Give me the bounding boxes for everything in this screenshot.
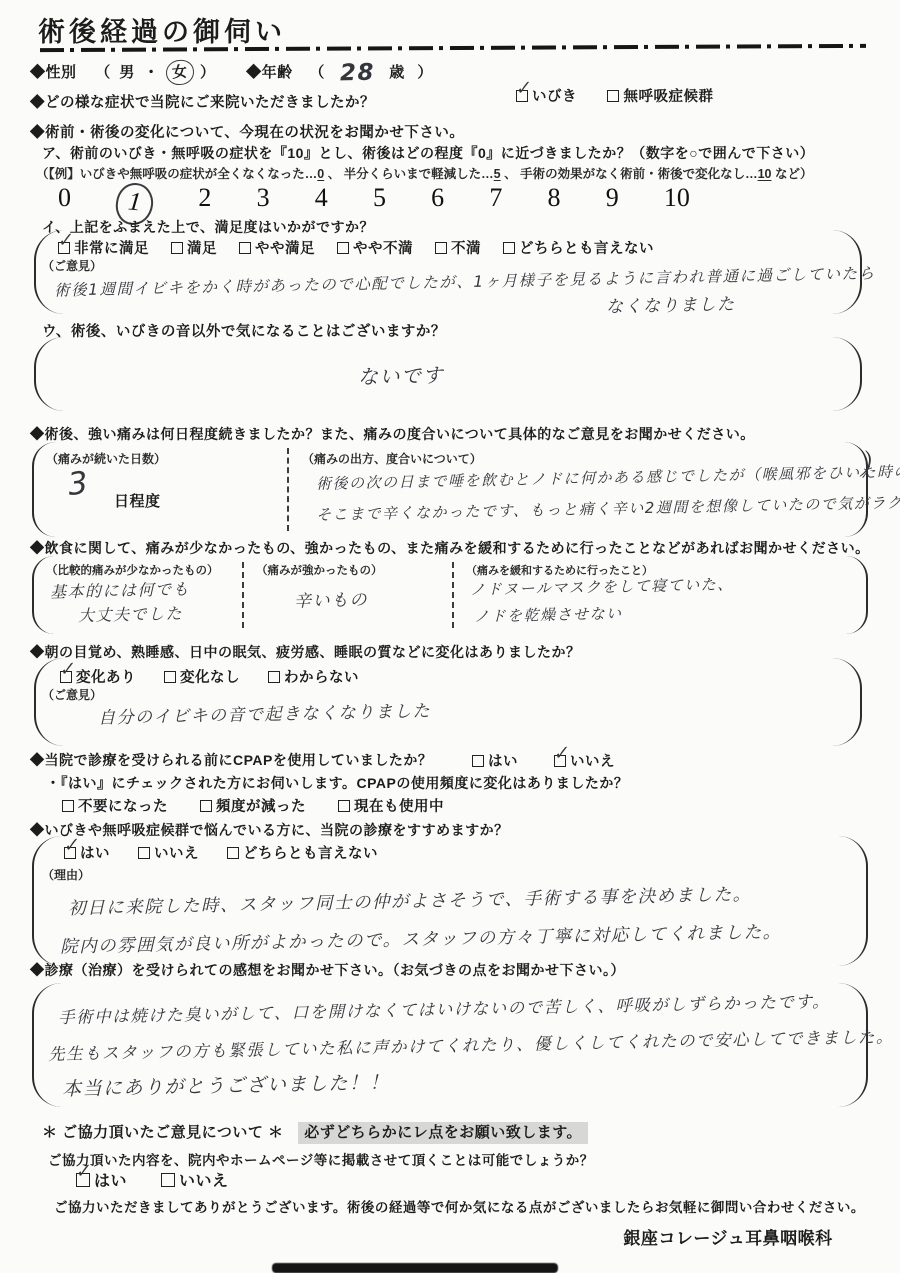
checkbox-option-ibiki[interactable]: いびき (516, 85, 577, 106)
pain-days-label: （痛みが続いた日数） (46, 450, 166, 467)
example-num-5: 5 (494, 167, 501, 181)
pain-detail-line2: そこまで辛くなかったです、もっと痛く辛い2週間を想像していたので気がラクでした … (316, 490, 900, 525)
meals-col1-line2: 大丈夫でした (78, 601, 183, 626)
change-example-line: （【例】いびきや無呼吸の症状が全くなくなった…0 、 半分くらいまで軽減した…5… (36, 164, 812, 182)
checkbox-recommend-no[interactable] (138, 847, 150, 859)
sleep-comment: 自分のイビキの音で起きなくなりました (98, 697, 431, 729)
scanned-questionnaire-page: 術後経過の御伺い ◆性別 （ 男 ・ 女 ） ◆年齢 （ 28 歳 ） ◆どの様… (0, 0, 900, 1273)
checkbox-label-satisfied: 満足 (187, 237, 217, 258)
symptom-question: ◆どの様な症状で当院にご来院いただきましたか？ (30, 91, 375, 112)
scale-5[interactable]: 5 (373, 183, 386, 225)
recommend-reason-line2: 院内の雰囲気が良い所がよかったので。スタッフの方々丁寧に対応してくれました。 (60, 918, 782, 958)
checkbox-option-consent-no[interactable]: いいえ (161, 1168, 229, 1191)
checkbox-option-still-using[interactable]: 現在も使用中 (338, 795, 444, 816)
checkbox-label-cpap-no: いいえ (570, 750, 615, 771)
pain-box-divider (287, 448, 289, 531)
checkbox-label-no-change: 変化なし (180, 666, 240, 687)
cpap-followup-question: ・『はい』にチェックされた方にお伺いします。CPAPの使用頻度に変化はありました… (46, 773, 628, 793)
checkbox-label-unknown: わからない (284, 666, 359, 687)
scan-artifact-bar (272, 1263, 558, 1273)
checkbox-satisfied[interactable] (171, 242, 183, 254)
consent-note-highlight: 必ずどちらかにレ点をお願い致します。 (298, 1122, 588, 1144)
checkbox-frequency-reduced[interactable] (200, 800, 212, 812)
recommend-answer-box: はい いいえ どちらとも言えない （理由） 初日に来院した時、スタッフ同士の仲が… (32, 836, 868, 966)
change-question-a: ア、術前のいびき・無呼吸の症状を『10』とし、術後はどの程度『0』に近づきました… (42, 143, 814, 163)
gender-paren-close: ） (200, 64, 216, 81)
checkbox-recommend-yes[interactable] (64, 847, 76, 859)
checkbox-consent-yes[interactable] (76, 1173, 90, 1187)
scale-8[interactable]: 8 (548, 183, 561, 225)
meals-col3-line1: ノドヌールマスクをして寝ていた、 (470, 573, 734, 600)
scale-6[interactable]: 6 (431, 183, 444, 225)
satisfaction-comment-label: （ご意見） (42, 257, 102, 274)
checkbox-option-consent-yes[interactable]: はい (76, 1168, 127, 1191)
checkbox-option-recommend-no[interactable]: いいえ (138, 842, 199, 863)
gender-paren-open: （ (95, 64, 111, 81)
checkbox-option-no-change[interactable]: 変化なし (164, 666, 240, 687)
example-part4: など） (771, 167, 812, 181)
consent-note-prefix: ＊ ご協力頂いたご意見について ＊ (42, 1124, 284, 1141)
checkbox-option-very-satisfied[interactable]: 非常に満足 (58, 237, 149, 258)
checkbox-label-consent-yes: はい (94, 1168, 127, 1191)
example-part1: （【例】いびきや無呼吸の症状が全くなくなった… (36, 167, 317, 181)
gender-option-female-circled[interactable]: 女 (165, 59, 194, 86)
checkbox-option-neither[interactable]: どちらとも言えない (503, 237, 654, 258)
meals-divider-1 (242, 562, 244, 628)
scale-10[interactable]: 10 (664, 183, 690, 225)
checkbox-label-consent-no: いいえ (179, 1168, 229, 1191)
age-unit: 歳 (389, 64, 405, 81)
age-label: ◆年齢 (246, 64, 293, 81)
clinic-name: 銀座コレージュ耳鼻咽喉科 (608, 1224, 848, 1249)
checkbox-label-mukokyu: 無呼吸症候群 (623, 85, 713, 106)
meals-divider-2 (452, 562, 454, 628)
meals-col1-label: （比較的痛みが少なかったもの） (46, 562, 219, 578)
checkbox-label-ibiki: いびき (532, 85, 577, 106)
checkbox-label-frequency-reduced: 頻度が減った (216, 795, 306, 816)
impressions-line1: 手術中は焼けた臭いがして、口を開けなくてはいけないので苦しく、呼吸がしずらかった… (58, 988, 830, 1028)
checkbox-option-recommend-neither[interactable]: どちらとも言えない (227, 842, 378, 863)
checkbox-label-cpap-yes: はい (488, 750, 518, 771)
checkbox-option-cpap-yes[interactable]: はい (472, 750, 518, 771)
checkbox-label-somewhat-satisfied: やや満足 (255, 237, 315, 258)
checkbox-consent-no[interactable] (161, 1173, 175, 1187)
checkbox-option-mukokyu[interactable]: 無呼吸症候群 (607, 85, 713, 106)
checkbox-label-somewhat-dissatisfied: やや不満 (353, 237, 413, 258)
meals-col1-line1: 基本的には何でも (50, 577, 190, 603)
checkbox-option-somewhat-satisfied[interactable]: やや満足 (239, 237, 315, 258)
checkbox-option-changed[interactable]: 変化あり (60, 666, 136, 687)
checkbox-neither[interactable] (503, 242, 515, 254)
change-heading: ◆術前・術後の変化について、今現在の状況をお聞かせ下さい。 (30, 121, 464, 142)
example-part2: 、 半分くらいまで軽減した… (324, 167, 493, 181)
checkbox-no-change[interactable] (164, 671, 176, 683)
checkbox-option-dissatisfied[interactable]: 不満 (435, 237, 481, 258)
checkbox-still-using[interactable] (338, 800, 350, 812)
checkbox-changed[interactable] (60, 671, 72, 683)
pain-days-value: 3 (66, 465, 91, 503)
recommend-reason-label: （理由） (42, 866, 90, 883)
recommend-reason-line1: 初日に来院した時、スタッフ同士の仲がよさそうで、手術する事を決めました。 (68, 881, 752, 920)
scale-9[interactable]: 9 (606, 183, 619, 225)
age-paren-open: （ (309, 64, 325, 81)
satisfaction-options: 非常に満足 満足 やや満足 やや不満 不満 どちらとも言えない (58, 237, 654, 258)
symptom-options: いびき 無呼吸症候群 (516, 85, 713, 107)
checkbox-option-recommend-yes[interactable]: はい (64, 842, 110, 863)
cpap-question: ◆当院で診療を受けられる前にCPAPを使用していましたか？ (30, 750, 432, 770)
cpap-row: ◆当院で診療を受けられる前にCPAPを使用していましたか？ はい いいえ (0, 750, 900, 772)
gender-option-male[interactable]: 男 (119, 64, 135, 81)
pain-answer-box: （痛みが続いた日数） 3 日程度 （痛みの出方、度合いについて） 術後の次の日ま… (32, 442, 868, 537)
satisfaction-answer-box: 非常に満足 満足 やや満足 やや不満 不満 どちらとも言えない （ご意見） 術後… (34, 230, 862, 314)
page-title: 術後経過の御伺い (38, 10, 286, 49)
sleep-answer-box: 変化あり 変化なし わからない （ご意見） 自分のイビキの音で起きなくなりました (34, 658, 862, 746)
checkbox-dissatisfied[interactable] (435, 242, 447, 254)
checkbox-cpap-yes[interactable] (472, 755, 484, 767)
checkbox-option-unknown[interactable]: わからない (268, 666, 359, 687)
checkbox-label-recommend-yes: はい (80, 842, 110, 863)
checkbox-option-somewhat-dissatisfied[interactable]: やや不満 (337, 237, 413, 258)
checkbox-label-recommend-no: いいえ (154, 842, 199, 863)
gender-separator: ・ (144, 64, 160, 81)
sleep-comment-label: （ご意見） (42, 686, 102, 703)
impressions-answer-box: 手術中は焼けた臭いがして、口を開けなくてはいけないので苦しく、呼吸がしずらかった… (32, 983, 868, 1107)
checkbox-option-no-longer-needed[interactable]: 不要になった (62, 795, 168, 816)
checkbox-option-frequency-reduced[interactable]: 頻度が減った (200, 795, 306, 816)
meals-col2-line1: 辛いもの (294, 585, 369, 612)
checkbox-somewhat-dissatisfied[interactable] (337, 242, 349, 254)
consent-options: はい いいえ (76, 1168, 229, 1191)
example-part3: 、 手術の効果がなく術前・術後で変化なし… (501, 167, 758, 181)
cpap-followup-options: 不要になった 頻度が減った 現在も使用中 (62, 795, 444, 816)
checkbox-no-longer-needed[interactable] (62, 800, 74, 812)
checkbox-recommend-neither[interactable] (227, 847, 239, 859)
consent-note: ＊ ご協力頂いたご意見について ＊ 必ずどちらかにレ点をお願い致します。 (42, 1121, 588, 1142)
checkbox-label-changed: 変化あり (76, 666, 136, 687)
impressions-question: ◆診療（治療）を受けられての感想をお聞かせ下さい。（お気づきの点をお聞かせ下さい… (30, 960, 625, 980)
meals-col3-line2: ノドを乾燥させない (474, 602, 623, 626)
other-answer: ないです (358, 359, 445, 390)
consent-thanks: ご協力いただきましてありがとうございます。術後の経過等で何か気になる点がございま… (54, 1196, 865, 1216)
scale-7[interactable]: 7 (489, 183, 502, 225)
pain-days-unit: 日程度 (114, 490, 161, 511)
checkbox-very-satisfied[interactable] (58, 242, 70, 254)
checkbox-unknown[interactable] (268, 671, 280, 683)
impressions-line2: 先生もスタッフの方も緊張していた私に声かけてくれたり、優しくしてくれたので安心し… (48, 1023, 894, 1065)
checkbox-option-satisfied[interactable]: 満足 (171, 237, 217, 258)
checkbox-label-still-using: 現在も使用中 (354, 795, 444, 816)
checkbox-label-dissatisfied: 不満 (451, 237, 481, 258)
sleep-options: 変化あり 変化なし わからない (60, 666, 359, 687)
checkbox-ibiki[interactable] (516, 90, 528, 102)
checkbox-label-neither: どちらとも言えない (519, 237, 654, 258)
satisfaction-comment-line1: 術後1週間イビキをかく時があったので心配でしたが、1ヶ月様子を見るように言われ普… (54, 261, 876, 300)
checkbox-label-no-longer-needed: 不要になった (78, 795, 168, 816)
recommend-options: はい いいえ どちらとも言えない (64, 842, 378, 863)
checkbox-option-cpap-no[interactable]: いいえ (554, 750, 615, 771)
age-paren-close: ） (417, 64, 433, 81)
checkbox-cpap-no[interactable] (554, 755, 566, 767)
example-num-10: 10 (758, 167, 772, 181)
profile-row: ◆性別 （ 男 ・ 女 ） ◆年齢 （ 28 歳 ） (30, 60, 433, 86)
pain-question: ◆術後、強い痛みは何日程度続きましたか？また、痛みの度合いについて具体的なご意見… (30, 424, 755, 444)
other-answer-box: ないです (34, 337, 862, 411)
meals-question: ◆飲食に関して、痛みが少なかったもの、強かったもの、また痛みを緩和するために行っ… (30, 538, 870, 558)
checkbox-label-very-satisfied: 非常に満足 (74, 237, 149, 258)
pain-stray-paren: ） (858, 443, 888, 484)
checkbox-mukokyu[interactable] (607, 90, 619, 102)
impressions-line3: 本当にありがとうございました！！ (62, 1068, 391, 1102)
age-value[interactable]: 28 (339, 60, 375, 87)
checkbox-label-recommend-neither: どちらとも言えない (243, 842, 378, 863)
consent-question: ご協力頂いた内容を、院内やホームページ等に掲載させて頂くことは可能でしょうか？ (48, 1149, 594, 1169)
pain-detail-label: （痛みの出方、度合いについて） (302, 450, 482, 467)
checkbox-somewhat-satisfied[interactable] (239, 242, 251, 254)
meals-answer-box: （比較的痛みが少なかったもの） 基本的には何でも 大丈夫でした （痛みが強かった… (32, 556, 868, 634)
meals-col2-label: （痛みが強かったもの） (256, 562, 383, 578)
satisfaction-comment-line2: なくなりました (606, 290, 736, 318)
gender-label: ◆性別 (30, 64, 77, 81)
